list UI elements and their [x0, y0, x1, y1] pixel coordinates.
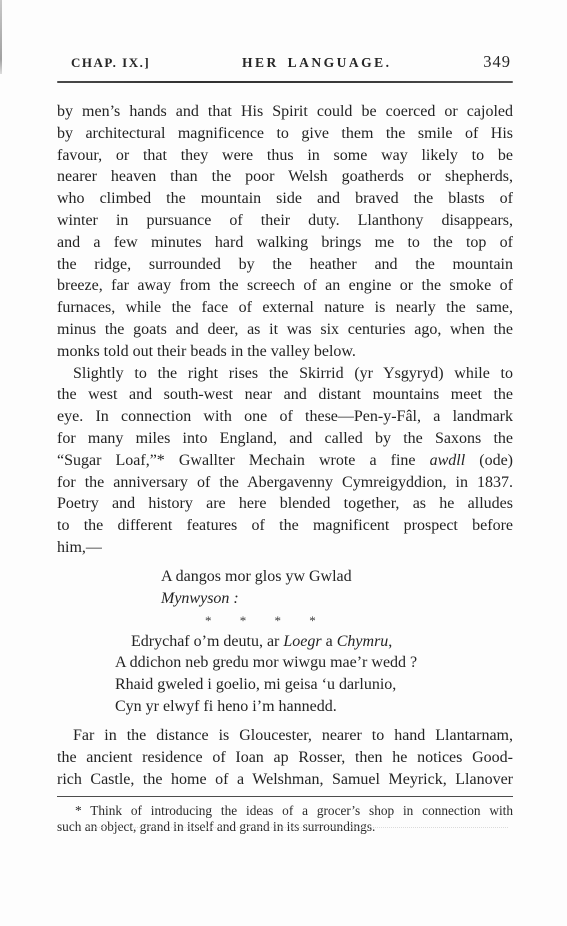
asterisk-separator: * * * *	[205, 610, 513, 631]
text-line: to the different features of the magnifi…	[57, 515, 513, 537]
text-line: and a few minutes hard walking brings me…	[57, 232, 513, 254]
text-segment: “Sugar Loaf,”* Gwallter Mechain wrote a …	[57, 452, 430, 469]
text-line: for the anniversary of the Abergavenny C…	[57, 472, 513, 494]
poem-line: Edrychaf o’m deutu, ar Loegr a Chymru,	[131, 631, 513, 653]
text-segment: ,	[388, 633, 392, 650]
body-text: by men’s hands and that His Spirit could…	[57, 101, 513, 836]
poem-line-italic: Mynwyson :	[161, 588, 513, 610]
italic-word: Loegr	[283, 633, 321, 650]
page-header: CHAP. IX.] HER LANGUAGE. 349	[57, 52, 513, 72]
text-segment: a	[322, 633, 337, 650]
italic-word: awdll	[430, 452, 466, 469]
poem-line: A dangos mor glos yw Gwlad	[161, 566, 513, 588]
text-line: favour, or that they were thus in some w…	[57, 145, 513, 167]
text-line: nearer heaven than the poor Welsh goathe…	[57, 166, 513, 188]
italic-word: Chymru	[337, 633, 389, 650]
text-line: the ridge, surrounded by the heather and…	[57, 254, 513, 276]
poem-line: Cyn yr elwyf fi heno i’m hannedd.	[115, 696, 513, 718]
text-line: furnaces, while the face of external nat…	[57, 297, 513, 319]
page-number: 349	[483, 52, 511, 72]
scan-artifact-bottom	[88, 827, 508, 831]
text-line: for many miles into England, and called …	[57, 428, 513, 450]
text-line: breeze, far away from the screech of an …	[57, 275, 513, 297]
text-line: by architectural magnificence to give th…	[57, 123, 513, 145]
poem-line: A ddichon neb gredu mor wiwgu mae’r wedd…	[115, 652, 513, 674]
paragraph-2: Slightly to the right rises the Skirrid …	[57, 363, 513, 559]
text-line: the ancient residence of Ioan ap Rosser,…	[57, 747, 513, 769]
chapter-label: CHAP. IX.]	[71, 55, 150, 71]
text-line: Slightly to the right rises the Skirrid …	[57, 363, 513, 385]
text-line: the west and south-west near and distant…	[57, 384, 513, 406]
poem-line: Rhaid gweled i goelio, mi geisa ‘u darlu…	[115, 674, 513, 696]
paragraph-1: by men’s hands and that His Spirit could…	[57, 101, 513, 363]
text-line: eye. In connection with one of these—Pen…	[57, 406, 513, 428]
footnote-line: * Think of introducing the ideas of a gr…	[57, 803, 513, 820]
text-line: Poetry and history are here blended toge…	[57, 493, 513, 515]
scan-artifact-left-edge	[0, 0, 2, 74]
text-line: by men’s hands and that His Spirit could…	[57, 101, 513, 123]
header-rule	[57, 81, 513, 83]
text-line: rich Castle, the home of a Welshman, Sam…	[57, 769, 513, 791]
text-segment: Edrychaf o’m deutu, ar	[131, 633, 283, 650]
text-line: him,—	[57, 537, 513, 559]
text-line: who climbed the mountain side and braved…	[57, 188, 513, 210]
paragraph-3: Far in the distance is Gloucester, neare…	[57, 725, 513, 790]
text-line: “Sugar Loaf,”* Gwallter Mechain wrote a …	[57, 450, 513, 472]
text-line: Far in the distance is Gloucester, neare…	[57, 725, 513, 747]
footnote-rule	[57, 796, 513, 797]
running-title: HER LANGUAGE.	[242, 55, 392, 71]
text-line: monks told out their beads in the valley…	[57, 341, 513, 363]
text-segment: (ode)	[465, 452, 513, 469]
text-line: minus the goats and deer, as it was six …	[57, 319, 513, 341]
page-content: CHAP. IX.] HER LANGUAGE. 349 by men’s ha…	[57, 52, 513, 836]
poem-block: A dangos mor glos yw Gwlad Mynwyson : * …	[57, 566, 513, 718]
text-line: winter in pursuance of their duty. Llant…	[57, 210, 513, 232]
book-page: CHAP. IX.] HER LANGUAGE. 349 by men’s ha…	[0, 0, 567, 926]
